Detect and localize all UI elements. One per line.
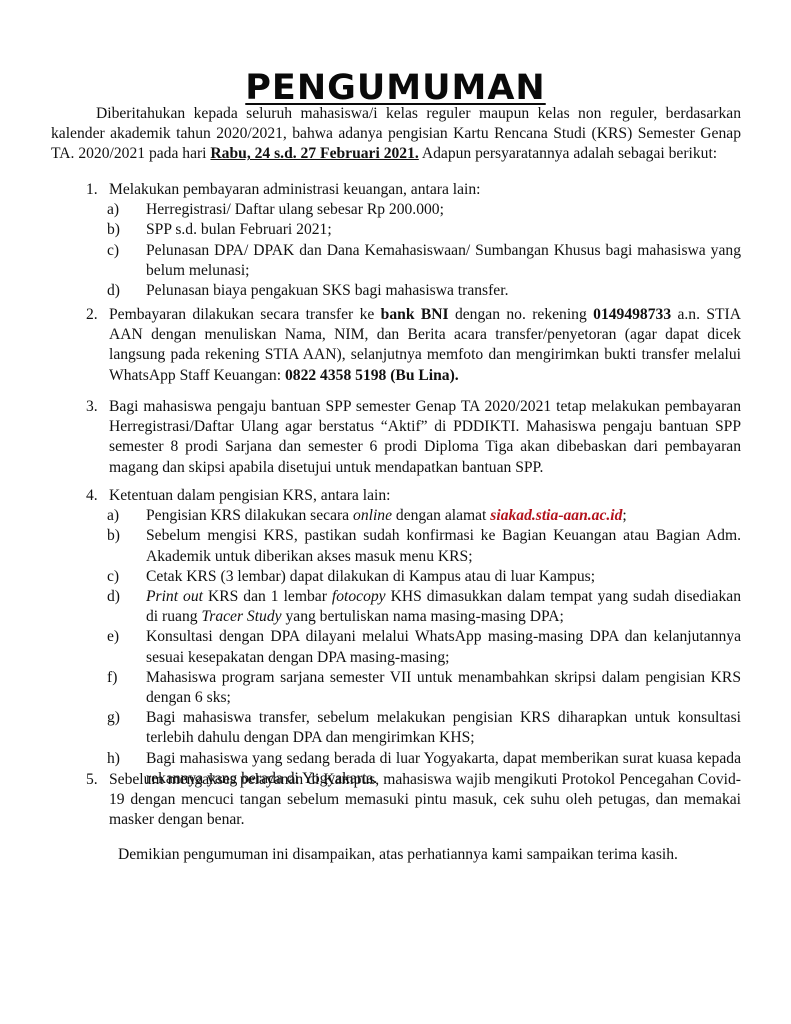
- item-number: 2.: [86, 305, 106, 325]
- sublist: a)Pengisian KRS dilakukan secara online …: [109, 506, 741, 789]
- intro-text-end: Adapun persyaratannya adalah sebagai ber…: [419, 145, 717, 162]
- sublist: a)Herregistrasi/ Daftar ulang sebesar Rp…: [109, 200, 741, 301]
- siakad-link[interactable]: siakad.stia-aan.ac.id: [490, 507, 622, 524]
- list-item-2: 2. Pembayaran dilakukan secara transfer …: [86, 305, 741, 386]
- sub-item-a: a)Pengisian KRS dilakukan secara online …: [86, 506, 741, 526]
- announcement-page: PENGUMUMAN Diberitahukan kepada seluruh …: [0, 0, 791, 1024]
- whatsapp-contact: 0822 4358 5198 (Bu Lina).: [285, 367, 459, 384]
- item-number: 1.: [86, 180, 106, 200]
- item-text: Ketentuan dalam pengisian KRS, antara la…: [109, 486, 741, 506]
- sub-item-c: c)Pelunasan DPA/ DPAK dan Dana Kemahasis…: [86, 241, 741, 281]
- item-text: Sebelum mengakses pelayanan di Kampus, m…: [109, 770, 741, 831]
- krs-date: Rabu, 24 s.d. 27 Februari 2021.: [210, 145, 418, 162]
- sub-item-g: g)Bagi mahasiswa transfer, sebelum melak…: [86, 708, 741, 748]
- sub-item-b: b)Sebelum mengisi KRS, pastikan sudah ko…: [86, 526, 741, 566]
- item-text: Bagi mahasiswa pengaju bantuan SPP semes…: [109, 397, 741, 478]
- item-text: Pembayaran dilakukan secara transfer ke …: [109, 305, 741, 386]
- sub-item-d: d)Pelunasan biaya pengakuan SKS bagi mah…: [86, 281, 741, 301]
- item-number: 4.: [86, 486, 106, 506]
- sub-item-a: a)Herregistrasi/ Daftar ulang sebesar Rp…: [86, 200, 741, 220]
- sub-item-d: d)Print out KRS dan 1 lembar fotocopy KH…: [86, 587, 741, 627]
- sub-item-e: e)Konsultasi dengan DPA dilayani melalui…: [86, 627, 741, 667]
- list-item-4: 4. Ketentuan dalam pengisian KRS, antara…: [86, 486, 741, 789]
- sub-item-b: b)SPP s.d. bulan Februari 2021;: [86, 220, 741, 240]
- item-text: Melakukan pembayaran administrasi keuang…: [109, 180, 741, 200]
- bank-name: bank BNI: [381, 306, 449, 323]
- sub-item-c: c)Cetak KRS (3 lembar) dapat dilakukan d…: [86, 567, 741, 587]
- account-number: 0149498733: [593, 306, 671, 323]
- item-number: 5.: [86, 770, 106, 790]
- list-item-3: 3. Bagi mahasiswa pengaju bantuan SPP se…: [86, 397, 741, 478]
- list-item-5: 5. Sebelum mengakses pelayanan di Kampus…: [86, 770, 741, 831]
- sub-item-f: f)Mahasiswa program sarjana semester VII…: [86, 668, 741, 708]
- item-number: 3.: [86, 397, 106, 417]
- closing-paragraph: Demikian pengumuman ini disampaikan, ata…: [118, 845, 758, 865]
- list-item-1: 1. Melakukan pembayaran administrasi keu…: [86, 180, 741, 301]
- intro-paragraph: Diberitahukan kepada seluruh mahasiswa/i…: [51, 104, 741, 165]
